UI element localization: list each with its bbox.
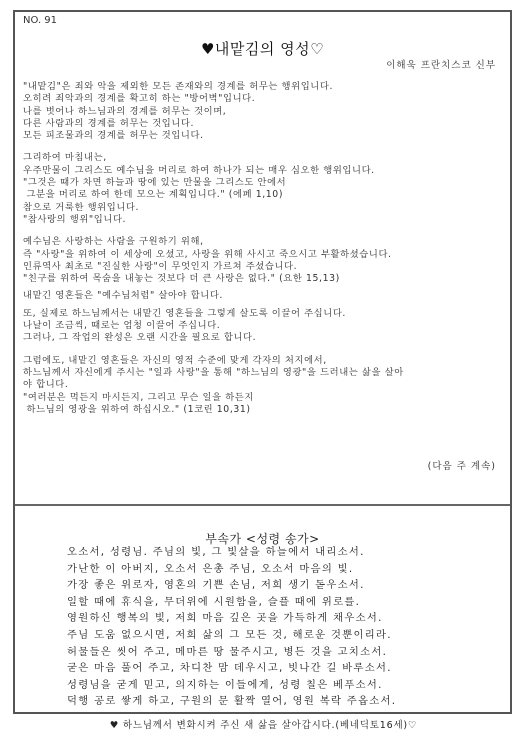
paragraph-spacer bbox=[23, 226, 503, 236]
text-line: 또, 실제로 하느님께서는 내맡긴 영혼들을 그렇게 살도록 이끌어 주십니다. bbox=[23, 308, 503, 320]
section-divider bbox=[15, 504, 510, 506]
paragraph-spacer bbox=[23, 345, 503, 355]
article-body: "내맡김"은 죄와 악을 제외한 모든 존재와의 경계를 허무는 행위입니다. … bbox=[23, 81, 503, 416]
footer-quote: ♥ 하느님께서 변화시켜 주신 새 삶을 살아갑시다.(베네딕토16세)♡ bbox=[0, 717, 527, 731]
text-line: "친구를 위하여 목숨을 내놓는 것보다 더 큰 사랑은 없다." (요한 15… bbox=[23, 273, 503, 285]
continued-note: (다음 주 계속) bbox=[428, 458, 496, 472]
text-line: 즉 "사랑"을 위하여 이 세상에 오셨고, 사랑을 위해 사시고 죽으시고 부… bbox=[23, 249, 503, 261]
text-line: "내맡김"은 죄와 악을 제외한 모든 존재와의 경계를 허무는 행위입니다. bbox=[23, 81, 503, 93]
text-line: 다른 사람과의 경계를 허무는 것입니다. bbox=[23, 118, 503, 130]
text-line: 예수님은 사랑하는 사람을 구원하기 위해, bbox=[23, 236, 503, 248]
hymn-line: 성령님을 굳게 믿고, 의지하는 이들에게, 성령 칠은 베푸소서. bbox=[67, 677, 396, 694]
newsletter-frame: NO. 91 ♥내맡김의 영성♡ 이해욱 프란치스코 신부 "내맡김"은 죄와 … bbox=[13, 10, 512, 714]
hymn-line: 영원하신 행복의 빛, 저희 마음 깊은 곳을 가득하게 채우소서. bbox=[67, 610, 396, 627]
text-line: 야 합니다. bbox=[23, 379, 503, 391]
hymn-line: 굳은 마음 풀어 주고, 차디찬 맘 데우시고, 빗나간 길 바루소서. bbox=[67, 660, 396, 677]
text-line: 오히려 죄악과의 경계를 확고히 하는 "방어벽"입니다. bbox=[23, 93, 503, 105]
hymn-line: 가난한 이 아버지, 오소서 은총 주님, 오소서 마음의 빛. bbox=[67, 561, 396, 578]
text-line: "여러분은 먹든지 마시든지, 그리고 무슨 일을 하든지 bbox=[23, 392, 503, 404]
text-line: 하느님의 영광을 위하여 하십시오." (1코린 10,31) bbox=[23, 404, 503, 416]
issue-number: NO. 91 bbox=[23, 15, 57, 26]
text-line: 인류역사 최초로 "진실한 사랑"이 무엇인지 가르쳐 주셨습니다. bbox=[23, 261, 503, 273]
article-title: ♥내맡김의 영성♡ bbox=[15, 38, 510, 59]
paragraph: 그리하여 마침내는, 우주만물이 그리스도 예수님을 머리로 하여 하나가 되는… bbox=[23, 152, 503, 226]
text-line: 하느님께서 자신에게 주시는 "일과 사랑"을 통해 "하느님의 영광"을 드러… bbox=[23, 367, 503, 379]
paragraph: 그럼에도, 내맡긴 영혼들은 자신의 영적 수준에 맞게 각자의 처지에서, 하… bbox=[23, 355, 503, 416]
text-line: 그러나, 그 작업의 완성은 오랜 시간을 필요로 합니다. bbox=[23, 332, 503, 344]
paragraph: 또, 실제로 하느님께서는 내맡긴 영혼들을 그렇게 살도록 이끌어 주십니다.… bbox=[23, 308, 503, 345]
text-line: 나날이 조금씩, 때로는 엄청 이끌어 주십니다. bbox=[23, 320, 503, 332]
hymn-line: 일할 때에 휴식을, 무더위에 시원함을, 슬플 때에 위로를. bbox=[67, 594, 396, 611]
paragraph: "내맡김"은 죄와 악을 제외한 모든 존재와의 경계를 허무는 행위입니다. … bbox=[23, 81, 503, 142]
text-line: 내맡긴 영혼들은 "예수님처럼" 살아야 합니다. bbox=[23, 290, 503, 302]
text-line: 그분을 머리로 하여 한데 모으는 계획입니다." (에페 1,10) bbox=[23, 189, 503, 201]
hymn-line: 허물들은 씻어 주고, 메마른 땅 물주시고, 병든 것을 고치소서. bbox=[67, 644, 396, 661]
text-line: 참으로 거룩한 행위입니다. bbox=[23, 202, 503, 214]
text-line: 모든 피조물과의 경계를 허무는 것입니다. bbox=[23, 130, 503, 142]
text-line: "그것은 때가 차면 하늘과 땅에 있는 만물을 그리스도 안에서 bbox=[23, 177, 503, 189]
text-line: 나를 벗어나 하느님과의 경계를 허무는 것이며, bbox=[23, 106, 503, 118]
author-name: 이해욱 프란치스코 신부 bbox=[386, 57, 496, 71]
hymn-line: 가장 좋은 위로자, 영혼의 기쁜 손님, 저희 생기 돋우소서. bbox=[67, 577, 396, 594]
hymn-line: 주님 도움 없으시면, 저희 삶의 그 모든 것, 해로운 것뿐이리라. bbox=[67, 627, 396, 644]
paragraph: 예수님은 사랑하는 사람을 구원하기 위해, 즉 "사랑"을 위하여 이 세상에… bbox=[23, 236, 503, 285]
text-line: 그럼에도, 내맡긴 영혼들은 자신의 영적 수준에 맞게 각자의 처지에서, bbox=[23, 355, 503, 367]
text-line: 우주만물이 그리스도 예수님을 머리로 하여 하나가 되는 매우 심오한 행위입… bbox=[23, 165, 503, 177]
text-line: 그리하여 마침내는, bbox=[23, 152, 503, 164]
paragraph: 내맡긴 영혼들은 "예수님처럼" 살아야 합니다. bbox=[23, 290, 503, 302]
hymn-line: 오소서, 성령님. 주님의 빛, 그 빛살을 하늘에서 내리소서. bbox=[67, 544, 396, 561]
paragraph-spacer bbox=[23, 142, 503, 152]
text-line: "참사랑의 행위"입니다. bbox=[23, 214, 503, 226]
hymn-lyrics: 오소서, 성령님. 주님의 빛, 그 빛살을 하늘에서 내리소서. 가난한 이 … bbox=[67, 544, 396, 710]
hymn-line: 덕행 공로 쌓게 하고, 구원의 문 활짝 열어, 영원 복락 주옵소서. bbox=[67, 693, 396, 710]
